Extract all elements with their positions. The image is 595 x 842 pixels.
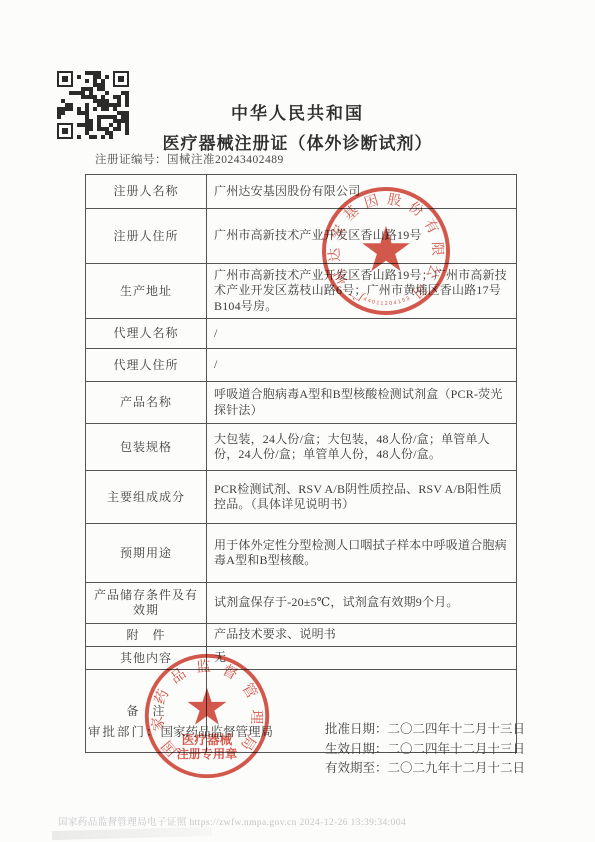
field-label: 附 件 (86, 624, 207, 647)
effective-date-label: 生效日期： (325, 742, 388, 756)
field-value: 呼吸道合胞病毒A型和B型核酸检测试剂盒（PCR-荧光探针法） (207, 382, 517, 424)
field-label: 代理人名称 (86, 319, 207, 349)
electronic-license-footer: 国家药品监督管理局电子证照 https://zwfw.nmpa.gov.cn 2… (58, 814, 406, 828)
qr-finder-icon (113, 71, 129, 87)
effective-date: 生效日期：二〇二四年十二月十三日 (325, 740, 525, 760)
field-value: 用于体外定性分型检测人口咽拭子样本中呼吸道合胞病毒A型和B型核酸。 (207, 524, 517, 583)
expiry-date-value: 二〇二九年十二月十二日 (388, 761, 526, 775)
certificate-title: 医疗器械注册证（体外诊断试剂） (0, 129, 595, 154)
field-value: / (207, 349, 517, 382)
approval-date: 批准日期：二〇二四年十二月十三日 (325, 720, 525, 740)
table-row: 产品储存条件及有效期试剂盒保存于-20±5℃，试剂盒有效期9个月。 (86, 583, 517, 624)
field-value: PCR检测试剂、RSV A/B阴性质控品、RSV A/B阳性质控品。（具体详见说… (207, 471, 517, 524)
table-row: 代理人名称/ (86, 319, 517, 349)
field-label: 注册人住所 (86, 209, 207, 264)
approval-date-value: 二〇二四年十二月十三日 (388, 722, 526, 736)
field-value: 大包装，24人份/盒；大包装，48人份/盒；单管单人份，24人份/盒；单管单人份… (207, 424, 517, 471)
table-row: 预期用途用于体外定性分型检测人口咽拭子样本中呼吸道合胞病毒A型和B型核酸。 (86, 524, 517, 583)
registration-number-value: 国械注准20243402489 (167, 154, 284, 166)
table-row: 主要组成成分PCR检测试剂、RSV A/B阴性质控品、RSV A/B阳性质控品。… (86, 471, 517, 524)
field-label: 代理人住所 (86, 349, 207, 382)
field-label: 主要组成成分 (86, 471, 207, 524)
field-label: 产品储存条件及有效期 (86, 583, 207, 624)
svg-text:44011204153: 44011204153 (362, 295, 412, 307)
company-seal-serial: 44011204153 (362, 295, 412, 307)
star-icon (188, 688, 227, 725)
registry-seal-line2: 注册专用章 (177, 746, 238, 761)
table-row: 附 件产品技术要求、说明书 (86, 624, 517, 647)
field-label: 注册人名称 (86, 175, 207, 209)
expiry-date-label: 有效期至： (325, 761, 388, 775)
company-seal: 广州达安基因股份有限公司 44011204153 (316, 181, 456, 321)
date-block: 批准日期：二〇二四年十二月十三日 生效日期：二〇二四年十二月十三日 有效期至：二… (325, 720, 525, 779)
field-value: / (207, 319, 517, 349)
registration-number-label: 注册证编号： (95, 154, 167, 166)
field-value: 产品技术要求、说明书 (207, 624, 517, 647)
field-label: 产品名称 (86, 382, 207, 424)
country-title: 中华人民共和国 (0, 99, 595, 124)
effective-date-value: 二〇二四年十二月十三日 (388, 742, 526, 756)
approval-date-label: 批准日期： (325, 722, 388, 736)
table-row: 代理人住所/ (86, 349, 517, 382)
star-icon (362, 226, 410, 271)
registration-number: 注册证编号：国械注准20243402489 (95, 151, 284, 167)
document-header: 中华人民共和国 医疗器械注册证（体外诊断试剂） (0, 99, 595, 154)
scan-artifact (52, 827, 212, 840)
registry-seal-line1: 医疗器械 (182, 732, 233, 747)
field-label: 生产地址 (86, 264, 207, 319)
qr-finder-icon (57, 71, 73, 87)
expiry-date: 有效期至：二〇二九年十二月十二日 (325, 759, 525, 779)
table-row: 包装规格大包装，24人份/盒；大包装，48人份/盒；单管单人份，24人份/盒；单… (86, 424, 517, 471)
field-label: 包装规格 (86, 424, 207, 471)
field-label: 预期用途 (86, 524, 207, 583)
registry-seal: 国家药品监督管理局 医疗器械 注册专用章 (139, 648, 275, 784)
field-value: 试剂盒保存于-20±5℃，试剂盒有效期9个月。 (207, 583, 517, 624)
table-row: 产品名称呼吸道合胞病毒A型和B型核酸检测试剂盒（PCR-荧光探针法） (86, 382, 517, 424)
